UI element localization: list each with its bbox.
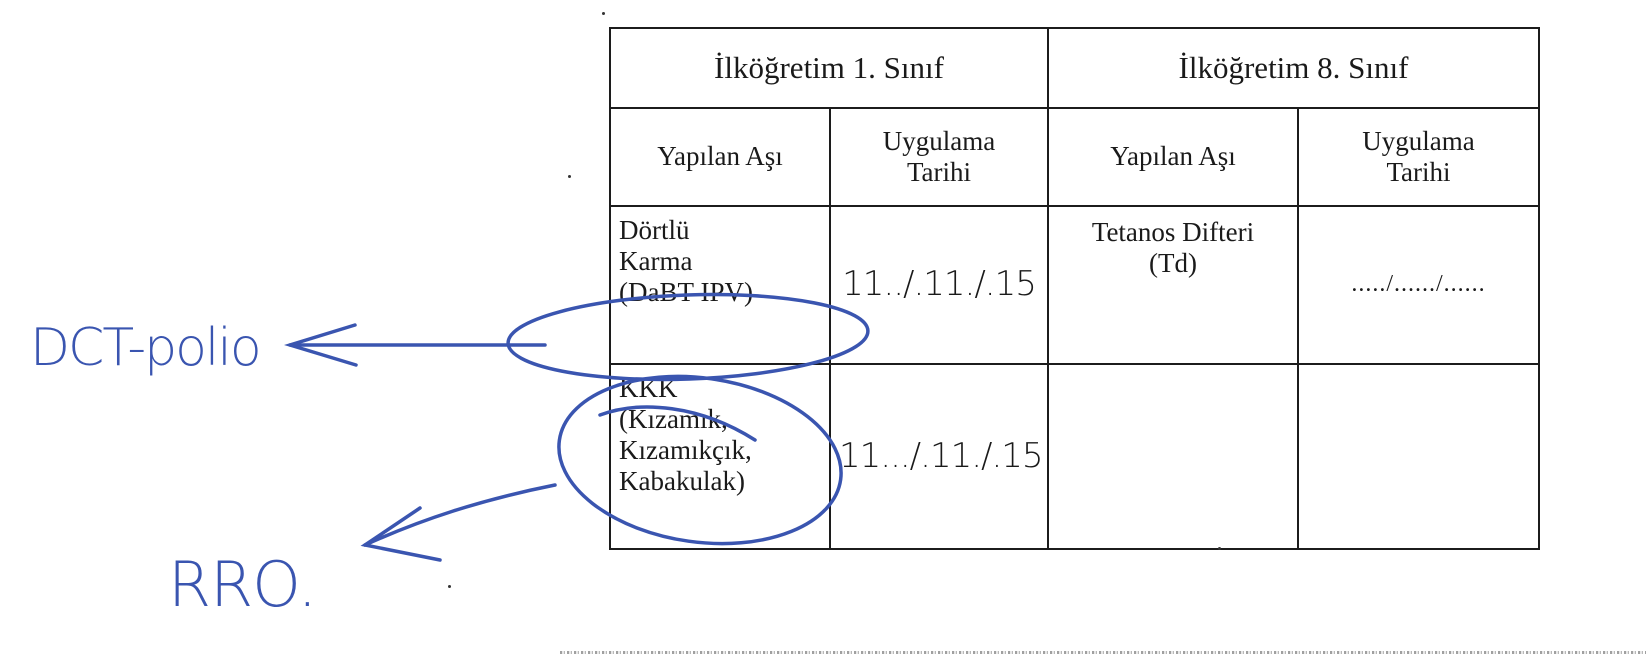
- grade-1-date-header: Uygulama Tarihi: [830, 108, 1048, 206]
- scan-speck: [1218, 547, 1221, 550]
- vaccine-name-line: Kızamıkçık,: [619, 435, 821, 466]
- vaccine-name-line: (Td): [1149, 248, 1197, 278]
- grade-1-vaccine-header: Yapılan Aşı: [610, 108, 830, 206]
- scan-edge-line: [560, 651, 1646, 654]
- column-header-row: Yapılan Aşı Uygulama Tarihi Yapılan Aşı …: [610, 108, 1539, 206]
- vaccine-name-line: Tetanos Difteri: [1092, 217, 1254, 247]
- grade-header-row: İlköğretim 1. Sınıf İlköğretim 8. Sınıf: [610, 28, 1539, 108]
- date-header-line1: Uygulama: [883, 126, 995, 156]
- vaccination-record-table: İlköğretim 1. Sınıf İlköğretim 8. Sınıf …: [609, 27, 1540, 550]
- vaccination-record-table-container: İlköğretim 1. Sınıf İlköğretim 8. Sınıf …: [609, 27, 1540, 550]
- handwritten-dct-polio: DCT-polio: [30, 318, 260, 378]
- scan-speck: [602, 12, 605, 15]
- grade-1-date-cell: 11../.11./.15: [830, 206, 1048, 364]
- table-row: KKK (Kızamık, Kızamıkçık, Kabakulak) 11.…: [610, 364, 1539, 549]
- vaccine-name-line: KKK: [619, 373, 821, 404]
- date-header-line1: Uygulama: [1362, 126, 1474, 156]
- scan-speck: [568, 175, 571, 178]
- vaccine-name-line: (Kızamık,: [619, 404, 821, 435]
- vaccine-name-line: Kabakulak): [619, 466, 821, 497]
- grade-1-vaccine-cell: Dörtlü Karma (DaBT-IPV): [610, 206, 830, 364]
- grade-8-date-cell: ...../....../......: [1298, 206, 1539, 364]
- table-row: Dörtlü Karma (DaBT-IPV) 11../.11./.15 Te…: [610, 206, 1539, 364]
- vaccine-name-line: (DaBT-IPV): [619, 277, 821, 308]
- grade-8-vaccine-cell: Tetanos Difteri (Td): [1048, 206, 1298, 364]
- arrow-to-rro-icon: [365, 485, 555, 545]
- grade-8-header: İlköğretim 8. Sınıf: [1048, 28, 1539, 108]
- scan-speck: [448, 585, 451, 588]
- grade-1-date-cell: 11.../.11./.15: [830, 364, 1048, 549]
- grade-8-date-cell: [1298, 364, 1539, 549]
- grade-1-vaccine-cell: KKK (Kızamık, Kızamıkçık, Kabakulak): [610, 364, 830, 549]
- grade-8-vaccine-header: Yapılan Aşı: [1048, 108, 1298, 206]
- date-header-line2: Tarihi: [1386, 157, 1450, 187]
- grade-8-vaccine-cell: [1048, 364, 1298, 549]
- date-header-line2: Tarihi: [907, 157, 971, 187]
- handwritten-rro: RRO.: [168, 548, 316, 621]
- grade-8-date-header: Uygulama Tarihi: [1298, 108, 1539, 206]
- grade-1-header: İlköğretim 1. Sınıf: [610, 28, 1048, 108]
- vaccine-name-line: Dörtlü: [619, 215, 821, 246]
- vaccine-name-line: Karma: [619, 246, 821, 277]
